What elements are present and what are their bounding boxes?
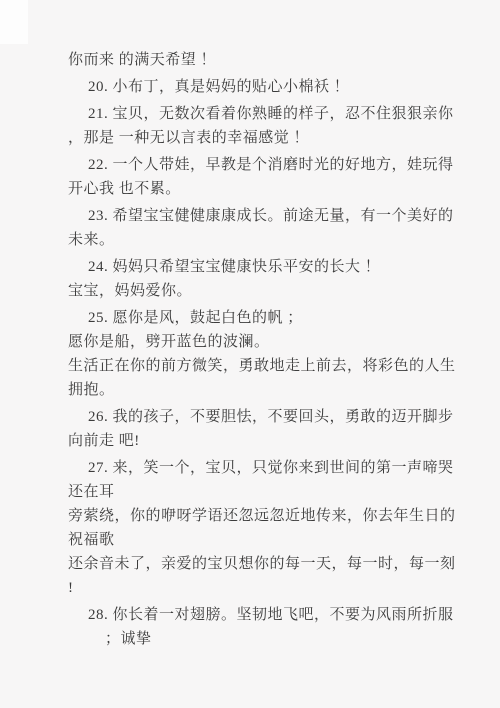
- text-line: 向前走 吧!: [68, 429, 438, 453]
- text-line: 拥抱。: [68, 378, 438, 402]
- text-line: 28. 你长着一对翅膀。坚韧地飞吧，不要为风雨所折服: [68, 603, 438, 627]
- text-line: 21. 宝贝，无数次看着你熟睡的样子，忍不住狠狠亲你: [68, 102, 438, 126]
- text-line: 旁萦绕，你的咿呀学语还忽远忽近地传来，你去年生日的: [68, 504, 438, 528]
- text-line: 祝福歌: [68, 528, 438, 552]
- text-line: 25. 愿你是风，鼓起白色的帆 ；: [68, 306, 438, 330]
- document-page: 你而来 的满天希望 ！20. 小布丁，真是妈妈的贴心小棉袄 ！21. 宝贝，无数…: [0, 0, 500, 708]
- text-line: 未来。: [68, 228, 438, 252]
- text-line: 23. 希望宝宝健健康康成长。前途无量，有一个美好的: [68, 204, 438, 228]
- text-line: 20. 小布丁，真是妈妈的贴心小棉袄 ！: [68, 75, 438, 99]
- text-line: 你而来 的满天希望 ！: [68, 48, 438, 72]
- text-line: ；诚挚: [68, 627, 438, 651]
- text-line: ，那是 一种无以言表的幸福感觉 ！: [68, 126, 438, 150]
- text-line: 26. 我的孩子，不要胆怯，不要回头，勇敢的迈开脚步: [68, 405, 438, 429]
- text-line: 还余音未了，亲爱的宝贝想你的每一天，每一时，每一刻: [68, 552, 438, 576]
- text-lines: 你而来 的满天希望 ！20. 小布丁，真是妈妈的贴心小棉袄 ！21. 宝贝，无数…: [0, 0, 500, 651]
- text-line: 22. 一个人带娃，早教是个消磨时光的好地方，娃玩得: [68, 153, 438, 177]
- text-line: 开心我 也不累。: [68, 177, 438, 201]
- text-line: 24. 妈妈只希望宝宝健康快乐平安的长大 ！: [68, 255, 438, 279]
- text-line: 宝宝，妈妈爱你。: [68, 279, 438, 303]
- text-line: !: [68, 576, 438, 600]
- text-line: 生活正在你的前方微笑，勇敢地走上前去，将彩色的人生: [68, 354, 438, 378]
- text-line: 还在耳: [68, 480, 438, 504]
- text-line: 愿你是船，劈开蓝色的波澜。: [68, 330, 438, 354]
- text-line: 27. 来，笑一个，宝贝，只觉你来到世间的第一声啼哭: [68, 456, 438, 480]
